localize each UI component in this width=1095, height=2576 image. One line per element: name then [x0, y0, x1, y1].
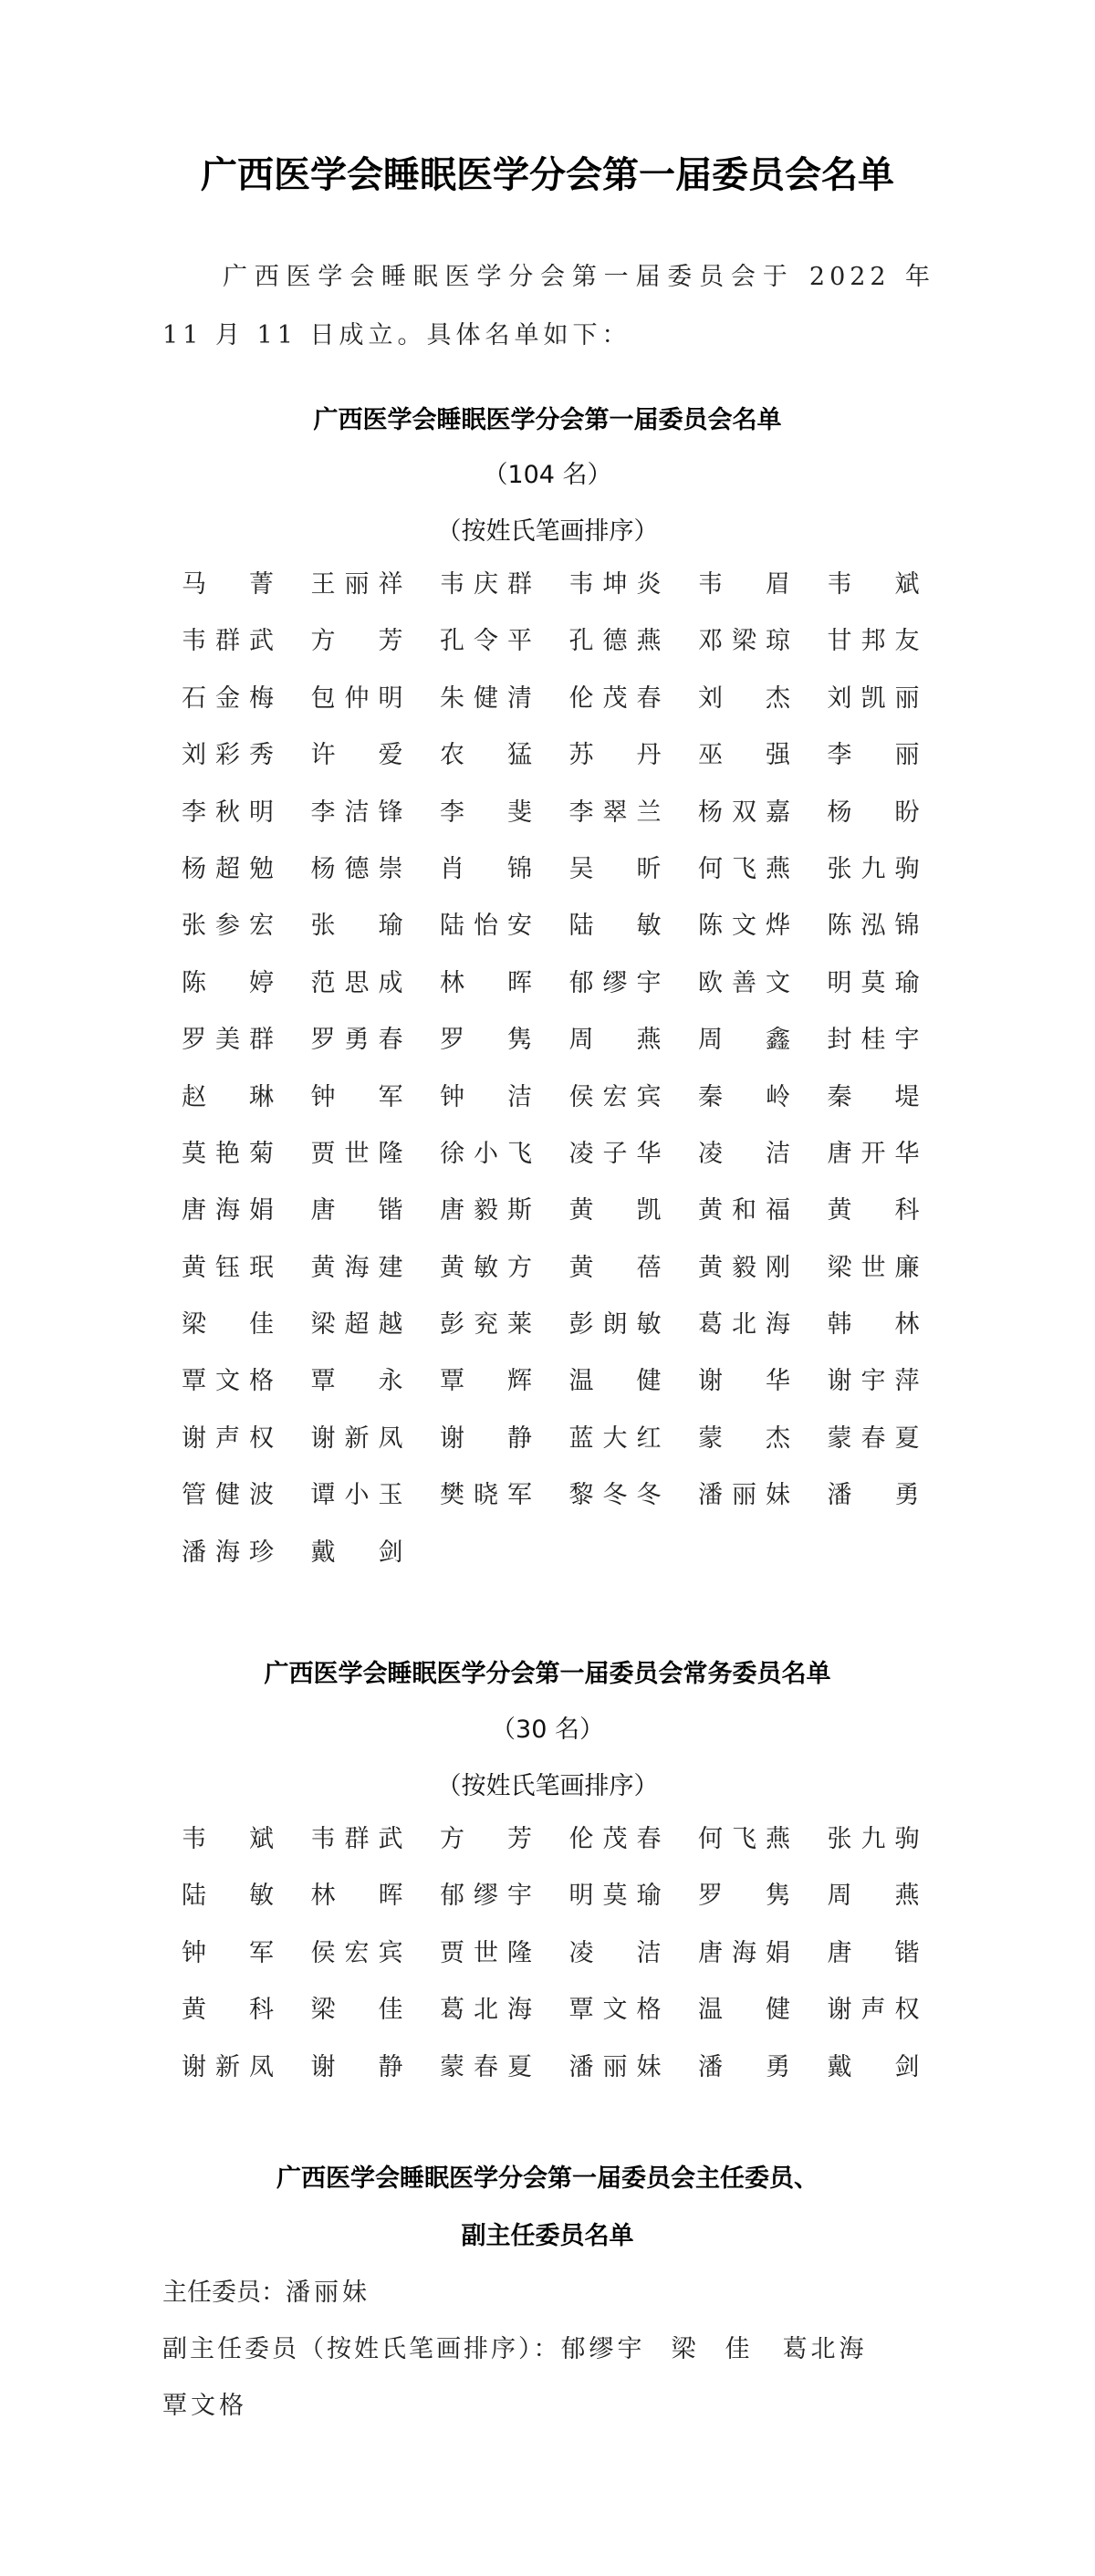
member-name: 谢新凤	[307, 1411, 436, 1467]
member-name: 明莫瑜	[823, 955, 953, 1012]
member-name: 潘丽妹	[693, 1467, 823, 1524]
name-row: 钟军侯宏宾贾世隆凌洁唐海娟唐锴	[177, 1925, 962, 1982]
member-name: 刘凯丽	[823, 671, 953, 727]
member-name: 潘丽妹	[565, 2039, 694, 2096]
name-row: 石金梅包仲明朱健清伦茂春刘杰刘凯丽	[177, 671, 962, 727]
member-name: 黄蓓	[565, 1240, 694, 1297]
member-name: 葛北海	[435, 1982, 565, 2039]
member-name: 伦茂春	[565, 671, 694, 727]
member-name: 钟军	[307, 1069, 436, 1126]
name-row: 马菁王丽祥韦庆群韦坤炎韦眉韦斌	[177, 557, 962, 613]
member-name: 方芳	[435, 1811, 565, 1868]
member-name: 覃文格	[177, 1353, 307, 1410]
member-name: 包仲明	[307, 671, 436, 727]
member-name: 侯宏宾	[307, 1925, 436, 1982]
member-name: 谢静	[307, 2039, 436, 2096]
name-row: 陆敏林晖郁缪宇明莫瑜罗隽周燕	[177, 1868, 962, 1924]
standing-committee-count: （30 名）	[0, 1709, 1095, 1745]
member-name: 钟军	[177, 1925, 307, 1982]
member-name: 钟洁	[435, 1069, 565, 1126]
name-row: 覃文格覃永覃辉温健谢华谢宇萍	[177, 1353, 962, 1410]
chair-label: 主任委员：	[162, 2279, 286, 2307]
name-row: 黄钰珉黄海建黄敏方黄蓓黄毅刚梁世廉	[177, 1240, 962, 1297]
name-row: 韦群武方芳孔令平孔德燕邓梁琼甘邦友	[177, 613, 962, 670]
member-name: 谢声权	[177, 1411, 307, 1467]
member-name: 韦群武	[177, 613, 307, 670]
member-name: 韦斌	[823, 557, 953, 613]
member-name: 方芳	[307, 613, 436, 670]
chair-line: 主任委员：潘丽妹	[162, 2272, 370, 2308]
name-row: 赵琳钟军钟洁侯宏宾秦岭秦堤	[177, 1069, 962, 1126]
member-name: 唐锴	[307, 1183, 436, 1239]
member-name: 欧善文	[693, 955, 823, 1012]
member-name: 肖锦	[435, 841, 565, 898]
leadership-section-title-line1: 广西医学会睡眠医学分会第一届委员会主任委员、	[0, 2158, 1095, 2194]
member-name: 杨盼	[823, 785, 953, 841]
member-name: 韦眉	[693, 557, 823, 613]
member-name: 谢声权	[823, 1982, 953, 2039]
member-name: 黎冬冬	[565, 1467, 694, 1524]
vice-chair-name: 郁缪宇	[561, 2335, 646, 2363]
member-name: 苏丹	[565, 727, 694, 784]
member-name: 韦群武	[307, 1811, 436, 1868]
member-name: 管健波	[177, 1467, 307, 1524]
member-name: 覃辉	[435, 1353, 565, 1410]
member-name: 许爱	[307, 727, 436, 784]
name-row: 张参宏张瑜陆怡安陆敏陈文烨陈泓锦	[177, 898, 962, 954]
member-name: 周燕	[823, 1868, 953, 1924]
member-name: 王丽祥	[307, 557, 436, 613]
document-title: 广西医学会睡眠医学分会第一届委员会名单	[0, 146, 1095, 198]
vice-chair-line: 副主任委员（按姓氏笔画排序）：郁缪宇梁佳葛北海	[162, 2329, 868, 2364]
member-name: 杨超勉	[177, 841, 307, 898]
member-name: 周鑫	[693, 1012, 823, 1069]
member-name: 黄凯	[565, 1183, 694, 1239]
member-name: 吴昕	[565, 841, 694, 898]
vice-chair-line-continued: 覃文格	[162, 2385, 247, 2421]
member-name: 梁佳	[307, 1982, 436, 2039]
member-name: 覃文格	[565, 1982, 694, 2039]
member-name: 贾世隆	[307, 1126, 436, 1183]
member-name: 侯宏宾	[565, 1069, 694, 1126]
member-name: 贾世隆	[435, 1925, 565, 1982]
member-name: 梁世廉	[823, 1240, 953, 1297]
member-name: 温健	[565, 1353, 694, 1410]
name-row: 谢声权谢新凤谢静蓝大红蒙杰蒙春夏	[177, 1411, 962, 1467]
name-row: 潘海珍戴剑	[177, 1525, 962, 1581]
member-name: 陈文烨	[693, 898, 823, 954]
member-name: 彭兖莱	[435, 1297, 565, 1353]
member-name: 刘彩秀	[177, 727, 307, 784]
member-name: 凌洁	[565, 1925, 694, 1982]
name-row: 陈婷范思成林晖郁缪宇欧善文明莫瑜	[177, 955, 962, 1012]
member-name: 韦坤炎	[565, 557, 694, 613]
member-name: 林晖	[307, 1868, 436, 1924]
vice-chair-name: 覃文格	[162, 2392, 247, 2420]
member-name: 封桂宇	[823, 1012, 953, 1069]
name-row: 刘彩秀许爱农猛苏丹巫强李丽	[177, 727, 962, 784]
vice-chair-name: 梁佳	[672, 2335, 779, 2363]
member-name: 秦岭	[693, 1069, 823, 1126]
standing-committee-sort-note: （按姓氏笔画排序）	[0, 1766, 1095, 1801]
vice-chair-name: 葛北海	[783, 2335, 868, 2363]
member-name: 孔德燕	[565, 613, 694, 670]
member-name: 刘杰	[693, 671, 823, 727]
member-name: 韦斌	[177, 1811, 307, 1868]
member-name: 梁佳	[177, 1297, 307, 1353]
document-page: 广西医学会睡眠医学分会第一届委员会名单 广西医学会睡眠医学分会第一届委员会于 2…	[0, 0, 1095, 2576]
member-name: 戴剑	[307, 1525, 436, 1581]
committee-section-title: 广西医学会睡眠医学分会第一届委员会名单	[0, 400, 1095, 435]
member-name: 潘勇	[823, 1467, 953, 1524]
name-row: 莫艳菊贾世隆徐小飞凌子华凌洁唐开华	[177, 1126, 962, 1183]
member-name: 李秋明	[177, 785, 307, 841]
name-row: 谢新凤谢静蒙春夏潘丽妹潘勇戴剑	[177, 2039, 962, 2096]
member-name: 唐海娟	[177, 1183, 307, 1239]
member-name: 张参宏	[177, 898, 307, 954]
member-name: 黄钰珉	[177, 1240, 307, 1297]
member-name: 潘勇	[693, 2039, 823, 2096]
member-name: 凌洁	[693, 1126, 823, 1183]
member-name: 范思成	[307, 955, 436, 1012]
member-name: 林晖	[435, 955, 565, 1012]
member-name: 覃永	[307, 1353, 436, 1410]
standing-committee-section-title: 广西医学会睡眠医学分会第一届委员会常务委员名单	[0, 1653, 1095, 1689]
member-name: 黄毅刚	[693, 1240, 823, 1297]
member-name: 罗美群	[177, 1012, 307, 1069]
name-row: 梁佳梁超越彭兖莱彭朗敏葛北海韩林	[177, 1297, 962, 1353]
member-name: 蒙春夏	[823, 1411, 953, 1467]
committee-member-grid: 马菁王丽祥韦庆群韦坤炎韦眉韦斌韦群武方芳孔令平孔德燕邓梁琼甘邦友石金梅包仲明朱健…	[177, 557, 962, 1581]
member-name: 谢宇萍	[823, 1353, 953, 1410]
member-name: 韩林	[823, 1297, 953, 1353]
member-name: 谭小玉	[307, 1467, 436, 1524]
member-name: 戴剑	[823, 2039, 953, 2096]
member-name: 谢静	[435, 1411, 565, 1467]
member-name: 郁缪宇	[435, 1868, 565, 1924]
member-name: 罗隽	[435, 1012, 565, 1069]
member-name: 唐毅斯	[435, 1183, 565, 1239]
member-name: 葛北海	[693, 1297, 823, 1353]
member-name: 周燕	[565, 1012, 694, 1069]
member-name: 张瑜	[307, 898, 436, 954]
member-name: 邓梁琼	[693, 613, 823, 670]
member-name: 黄敏方	[435, 1240, 565, 1297]
member-name: 唐锴	[823, 1925, 953, 1982]
name-row: 管健波谭小玉樊晓军黎冬冬潘丽妹潘勇	[177, 1467, 962, 1524]
member-name: 黄海建	[307, 1240, 436, 1297]
member-name: 蓝大红	[565, 1411, 694, 1467]
member-name: 李翠兰	[565, 785, 694, 841]
name-row: 罗美群罗勇春罗隽周燕周鑫封桂宇	[177, 1012, 962, 1069]
member-name: 黄科	[823, 1183, 953, 1239]
member-name: 何飞燕	[693, 841, 823, 898]
member-name: 孔令平	[435, 613, 565, 670]
member-name: 罗勇春	[307, 1012, 436, 1069]
member-name: 潘海珍	[177, 1525, 307, 1581]
name-row: 杨超勉杨德崇肖锦吴昕何飞燕张九驹	[177, 841, 962, 898]
member-name: 杨德崇	[307, 841, 436, 898]
name-row: 李秋明李洁锋李斐李翠兰杨双嘉杨盼	[177, 785, 962, 841]
member-name: 李丽	[823, 727, 953, 784]
committee-sort-note: （按姓氏笔画排序）	[0, 511, 1095, 547]
member-name: 郁缪宇	[565, 955, 694, 1012]
name-row: 韦斌韦群武方芳伦茂春何飞燕张九驹	[177, 1811, 962, 1868]
member-name: 李洁锋	[307, 785, 436, 841]
member-name: 杨双嘉	[693, 785, 823, 841]
member-name: 马菁	[177, 557, 307, 613]
member-name: 凌子华	[565, 1126, 694, 1183]
committee-count: （104 名）	[0, 454, 1095, 490]
member-name: 张九驹	[823, 841, 953, 898]
member-name: 樊晓军	[435, 1467, 565, 1524]
member-name: 甘邦友	[823, 613, 953, 670]
member-name: 黄和福	[693, 1183, 823, 1239]
member-name: 伦茂春	[565, 1811, 694, 1868]
name-row: 黄科梁佳葛北海覃文格温健谢声权	[177, 1982, 962, 2039]
member-name: 陆怡安	[435, 898, 565, 954]
member-name: 石金梅	[177, 671, 307, 727]
member-name: 明莫瑜	[565, 1868, 694, 1924]
member-name: 朱健清	[435, 671, 565, 727]
member-name: 唐开华	[823, 1126, 953, 1183]
standing-committee-member-grid: 韦斌韦群武方芳伦茂春何飞燕张九驹陆敏林晖郁缪宇明莫瑜罗隽周燕钟军侯宏宾贾世隆凌洁…	[177, 1811, 962, 2096]
member-name: 赵琳	[177, 1069, 307, 1126]
member-name: 陈泓锦	[823, 898, 953, 954]
member-name: 徐小飞	[435, 1126, 565, 1183]
member-name: 罗隽	[693, 1868, 823, 1924]
member-name: 蒙杰	[693, 1411, 823, 1467]
member-name: 莫艳菊	[177, 1126, 307, 1183]
member-name: 陆敏	[565, 898, 694, 954]
member-name: 唐海娟	[693, 1925, 823, 1982]
member-name: 陈婷	[177, 955, 307, 1012]
member-name: 张九驹	[823, 1811, 953, 1868]
member-name: 温健	[693, 1982, 823, 2039]
member-name: 蒙春夏	[435, 2039, 565, 2096]
vice-chair-label: 副主任委员（按姓氏笔画排序）：	[162, 2335, 561, 2363]
chair-name: 潘丽妹	[286, 2279, 370, 2307]
member-name: 黄科	[177, 1982, 307, 2039]
name-row: 唐海娟唐锴唐毅斯黄凯黄和福黄科	[177, 1183, 962, 1239]
member-name: 韦庆群	[435, 557, 565, 613]
member-name: 巫强	[693, 727, 823, 784]
intro-paragraph: 广西医学会睡眠医学分会第一届委员会于 2022 年 11 月 11 日成立。具体…	[162, 248, 934, 365]
member-name: 梁超越	[307, 1297, 436, 1353]
member-name: 谢华	[693, 1353, 823, 1410]
member-name: 何飞燕	[693, 1811, 823, 1868]
member-name: 秦堤	[823, 1069, 953, 1126]
member-name: 谢新凤	[177, 2039, 307, 2096]
member-name: 陆敏	[177, 1868, 307, 1924]
member-name: 李斐	[435, 785, 565, 841]
leadership-section-title-line2: 副主任委员名单	[0, 2216, 1095, 2251]
member-name: 农猛	[435, 727, 565, 784]
member-name: 彭朗敏	[565, 1297, 694, 1353]
